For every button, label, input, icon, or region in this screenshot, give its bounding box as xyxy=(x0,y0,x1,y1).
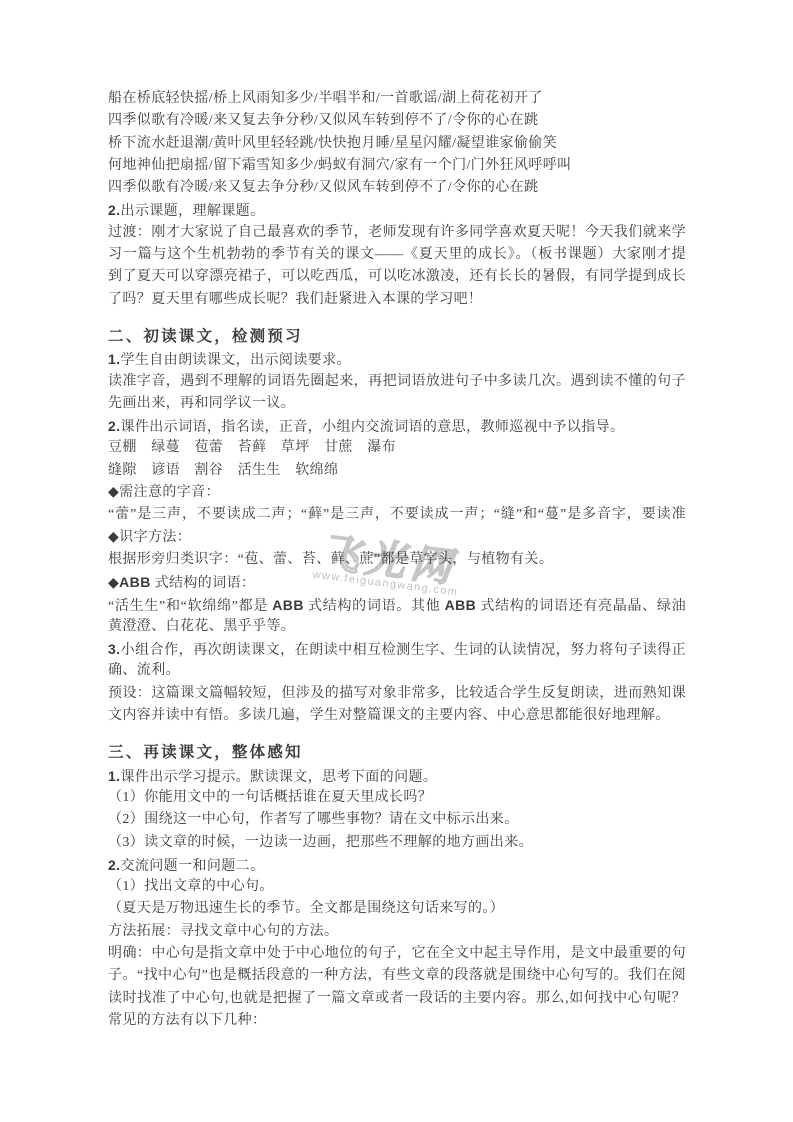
text-segment: 式结构的词语： xyxy=(151,576,256,591)
text-segment: “蕾”是三声，不要读成二声；“藓”是三声，不要读成一声；“缝”和“蔓”是多音字，… xyxy=(108,507,686,526)
text-line: 了吗？夏天里有哪些成长呢？我们赶紧进入本课的学习吧！ xyxy=(108,289,686,311)
text-segment: ABB xyxy=(119,574,151,590)
text-line: “活生生”和“软绵绵”都是 ABB 式结构的词语。其他 ABB 式结构的词语还有… xyxy=(108,594,686,616)
text-line: 常见的方法有以下几种： xyxy=(108,1010,686,1032)
text-line: 读时找准了中心句,也就是把握了一篇文章或者一段话的主要内容。那么,如何找中心句呢… xyxy=(108,988,686,1010)
text-segment: 到了夏天可以穿漂亮裙子，可以吃西瓜，可以吃冰激凌，还有长长的暑假，有同学提到成长 xyxy=(108,269,686,284)
text-segment: 缝隙 谚语 割谷 活生生 软绵绵 xyxy=(108,463,338,478)
text-segment: 2. xyxy=(108,202,120,218)
text-segment: 三、再读课文，整体感知 xyxy=(108,744,303,761)
text-segment: “活生生”和“软绵绵”都是 xyxy=(108,599,272,614)
text-line: （3）读文章的时候，一边读一边画，把那些不理解的地方画出来。 xyxy=(108,832,686,854)
text-segment: （1）找出文章的中心句。 xyxy=(108,879,274,894)
text-segment: 四季似歌有冷暖/来又复去争分秒/又似风车转到停不了/令你的心在跳 xyxy=(108,180,538,195)
text-segment: 读准字音，遇到不理解的词语先圈起来，再把词语放进句子中多读几次。遇到读不懂的句子 xyxy=(108,374,686,389)
text-segment: 确、流利。 xyxy=(108,663,180,678)
text-line: 桥下流水赶退潮/黄叶风里轻轻跳/快快抱月睡/星星闪耀/凝望谁家偷偷笑 xyxy=(108,133,686,155)
text-segment: 2. xyxy=(108,418,120,434)
text-segment: （1）你能用文中的一句话概括谁在夏天里成长吗？ xyxy=(108,790,432,805)
text-segment: 小组合作，再次朗读课文，在朗读中相互检测生字、生词的认读情况，努力将句子读得正 xyxy=(120,643,686,658)
text-line: ◆需注意的字音： xyxy=(108,482,686,504)
section-heading: 三、再读课文，整体感知 xyxy=(108,742,686,764)
text-line: 到了夏天可以穿漂亮裙子，可以吃西瓜，可以吃冰激凌，还有长长的暑假，有同学提到成长 xyxy=(108,266,686,288)
text-line: 2.出示课题，理解课题。 xyxy=(108,199,686,221)
text-line: （1）你能用文中的一句话概括谁在夏天里成长吗？ xyxy=(108,787,686,809)
text-line: （夏天是万物迅速生长的季节。全文都是围绕这句话来写的。） xyxy=(108,898,686,920)
text-segment: 明确：中心句是指文章中处于中心地位的句子，它在全文中起主导作用，是文中最重要的句 xyxy=(108,946,686,961)
text-segment: 课件出示词语，指名读，正音，小组内交流词语的意思，教师巡视中予以指导。 xyxy=(120,420,624,435)
text-segment: 桥下流水赶退潮/黄叶风里轻轻跳/快快抱月睡/星星闪耀/凝望谁家偷偷笑 xyxy=(108,136,557,151)
text-line: 3.小组合作，再次朗读课文，在朗读中相互检测生字、生词的认读情况，努力将句子读得… xyxy=(108,638,686,660)
text-line: 先画出来，再和同学议一议。 xyxy=(108,393,686,415)
document-page: 飞光网 www.feiguangwang.com 船在桥底轻快摇/桥上风雨知多少… xyxy=(0,0,793,1122)
text-line: 读准字音，遇到不理解的词语先圈起来，再把词语放进句子中多读几次。遇到读不懂的句子 xyxy=(108,371,686,393)
text-line: 方法拓展：寻找文章中心句的方法。 xyxy=(108,921,686,943)
text-segment: 2. xyxy=(108,857,120,873)
paragraph-gap xyxy=(108,727,686,742)
document-content: 船在桥底轻快摇/桥上风雨知多少/半唱半和/一首歌谣/湖上荷花初开了四季似歌有冷暖… xyxy=(108,88,686,1032)
text-segment: 四季似歌有冷暖/来又复去争分秒/又似风车转到停不了/令你的心在跳 xyxy=(108,113,538,128)
text-segment: 课件出示学习提示。默读课文，思考下面的问题。 xyxy=(120,770,437,785)
text-line: “蕾”是三声，不要读成二声；“藓”是三声，不要读成一声；“缝”和“蔓”是多音字，… xyxy=(108,504,686,526)
text-segment: ABB xyxy=(445,597,477,613)
text-line: 根据形旁归类识字：“苞、蕾、苔、藓、蔗”都是草字头，与植物有关。 xyxy=(108,549,686,571)
text-line: 缝隙 谚语 割谷 活生生 软绵绵 xyxy=(108,460,686,482)
text-segment: 过渡：刚才大家说了自己最喜欢的季节，老师发现有许多同学喜欢夏天呢！今天我们就来学 xyxy=(108,225,686,240)
text-segment: 先画出来，再和同学议一议。 xyxy=(108,396,295,411)
text-segment: ◆识字方法： xyxy=(108,530,191,545)
text-line: 习一篇与这个生机勃勃的季节有关的课文——《夏天里的成长》。（板书课题）大家刚才提 xyxy=(108,244,686,266)
text-line: ◆识字方法： xyxy=(108,527,686,549)
text-segment: 根据形旁归类识字：“苞、蕾、苔、藓、蔗”都是草字头，与植物有关。 xyxy=(108,552,553,567)
text-segment: （2）围绕这一中心句，作者写了哪些事物？请在文中标示出来。 xyxy=(108,812,519,827)
text-segment: 学生自由朗读课文，出示阅读要求。 xyxy=(120,353,350,368)
text-line: （1）找出文章的中心句。 xyxy=(108,876,686,898)
text-segment: 1. xyxy=(108,351,120,367)
text-line: （2）围绕这一中心句，作者写了哪些事物？请在文中标示出来。 xyxy=(108,809,686,831)
text-line: 1.学生自由朗读课文，出示阅读要求。 xyxy=(108,348,686,370)
text-line: 黄澄澄、白花花、黑乎乎等。 xyxy=(108,616,686,638)
text-segment: 交流问题一和问题二。 xyxy=(120,859,264,874)
text-line: 2.交流问题一和问题二。 xyxy=(108,854,686,876)
text-segment: （夏天是万物迅速生长的季节。全文都是围绕这句话来写的。） xyxy=(108,901,504,916)
text-line: 四季似歌有冷暖/来又复去争分秒/又似风车转到停不了/令你的心在跳 xyxy=(108,177,686,199)
text-line: 2.课件出示词语，指名读，正音，小组内交流词语的意思，教师巡视中予以指导。 xyxy=(108,415,686,437)
text-line: 1.课件出示学习提示。默读课文，思考下面的问题。 xyxy=(108,765,686,787)
text-segment: ABB xyxy=(272,597,304,613)
text-line: 明确：中心句是指文章中处于中心地位的句子，它在全文中起主导作用，是文中最重要的句 xyxy=(108,943,686,965)
text-segment: 黄澄澄、白花花、黑乎乎等。 xyxy=(108,619,295,634)
text-line: 过渡：刚才大家说了自己最喜欢的季节，老师发现有许多同学喜欢夏天呢！今天我们就来学 xyxy=(108,222,686,244)
text-segment: ◆ xyxy=(108,576,119,591)
text-segment: 何地神仙把扇摇/留下霜雪知多少/蚂蚁有洞穴/家有一个门/门外狂风呼呼叫 xyxy=(108,158,572,173)
text-segment: 豆棚 绿蔓 苞蕾 苔藓 草坪 甘蔗 瀑布 xyxy=(108,440,396,455)
text-line: 预设：这篇课文篇幅较短，但涉及的描写对象非常多，比较适合学生反复朗读，进而熟知课 xyxy=(108,683,686,705)
text-segment: 习一篇与这个生机勃勃的季节有关的课文——《夏天里的成长》。（板书课题）大家刚才提 xyxy=(108,247,686,262)
text-segment: 1. xyxy=(108,768,120,784)
text-line: 船在桥底轻快摇/桥上风雨知多少/半唱半和/一首歌谣/湖上荷花初开了 xyxy=(108,88,686,110)
section-heading: 二、初读课文，检测预习 xyxy=(108,326,686,348)
text-line: 豆棚 绿蔓 苞蕾 苔藓 草坪 甘蔗 瀑布 xyxy=(108,437,686,459)
text-segment: 文内容并读中有悟。多读几遍，学生对整篇课文的主要内容、中心意思都能很好地理解。 xyxy=(108,708,670,723)
text-segment: 了吗？夏天里有哪些成长呢？我们赶紧进入本课的学习吧！ xyxy=(108,292,482,307)
text-segment: 预设：这篇课文篇幅较短，但涉及的描写对象非常多，比较适合学生反复朗读，进而熟知课 xyxy=(108,686,686,701)
text-line: 何地神仙把扇摇/留下霜雪知多少/蚂蚁有洞穴/家有一个门/门外狂风呼呼叫 xyxy=(108,155,686,177)
text-line: 确、流利。 xyxy=(108,660,686,682)
text-segment: 出示课题，理解课题。 xyxy=(120,204,264,219)
text-segment: 子。“找中心句”也是概括段意的一种方法，有些文章的段落就是围绕中心句写的。我们在… xyxy=(108,968,686,983)
text-line: 子。“找中心句”也是概括段意的一种方法，有些文章的段落就是围绕中心句写的。我们在… xyxy=(108,965,686,987)
text-line: 四季似歌有冷暖/来又复去争分秒/又似风车转到停不了/令你的心在跳 xyxy=(108,110,686,132)
text-segment: 读时找准了中心句,也就是把握了一篇文章或者一段话的主要内容。那么,如何找中心句呢… xyxy=(108,991,686,1006)
text-segment: 3. xyxy=(108,641,120,657)
text-segment: ◆需注意的字音： xyxy=(108,485,220,500)
text-segment: 方法拓展：寻找文章中心句的方法。 xyxy=(108,924,338,939)
text-line: ◆ABB 式结构的词语： xyxy=(108,571,686,593)
text-segment: 常见的方法有以下几种： xyxy=(108,1013,266,1028)
text-segment: 二、初读课文，检测预习 xyxy=(108,328,303,345)
text-segment: 式结构的词语。其他 xyxy=(304,599,445,614)
paragraph-gap xyxy=(108,311,686,326)
text-segment: 船在桥底轻快摇/桥上风雨知多少/半唱半和/一首歌谣/湖上荷花初开了 xyxy=(108,91,543,106)
text-segment: （3）读文章的时候，一边读一边画，把那些不理解的地方画出来。 xyxy=(108,835,533,850)
text-line: 文内容并读中有悟。多读几遍，学生对整篇课文的主要内容、中心意思都能很好地理解。 xyxy=(108,705,686,727)
